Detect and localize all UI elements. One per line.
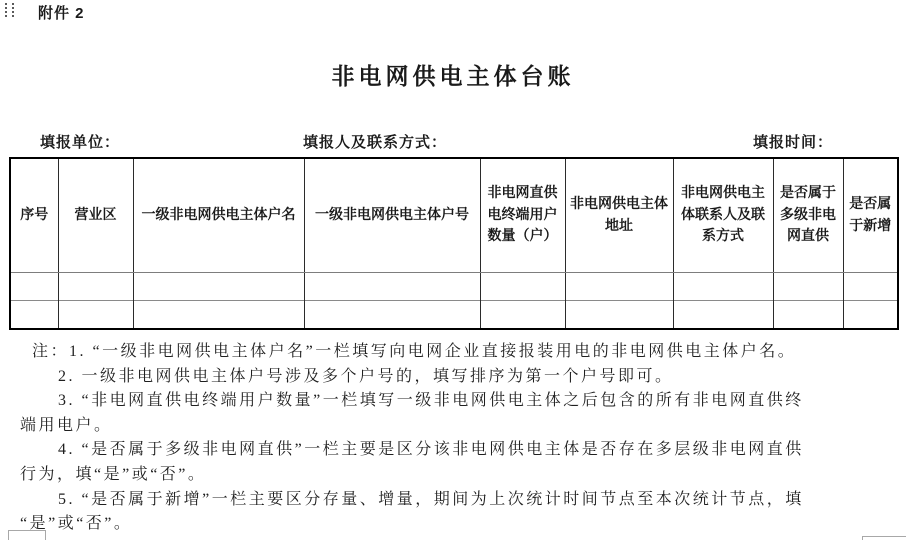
note-line-3-continuation: 端用电户。 [20, 414, 896, 439]
table-cell[interactable] [773, 301, 843, 330]
table-cell[interactable] [565, 273, 673, 301]
note-line-4-continuation: 行为，填“是”或“否”。 [20, 463, 896, 488]
table-cell[interactable] [58, 273, 133, 301]
column-header-business-area: 营业区 [58, 158, 133, 273]
note-line-5: 5. “是否属于新增”一栏主要区分存量、增量，期间为上次统计时间节点至本次统计节… [20, 488, 896, 513]
table-cell[interactable] [673, 301, 773, 330]
table-cell[interactable] [304, 301, 480, 330]
note-line-3: 3. “非电网直供电终端用户数量”一栏填写一级非电网供电主体之后包含的所有非电网… [20, 389, 896, 414]
page-title: 非电网供电主体台账 [0, 58, 906, 91]
column-header-entity-address: 非电网供电主体地址 [565, 158, 673, 273]
table-cell[interactable] [58, 301, 133, 330]
column-header-terminal-user-count: 非电网直供电终端用户数量（户） [480, 158, 565, 273]
note-line-4: 4. “是否属于多级非电网直供”一栏主要是区分该非电网供电主体是否存在多层级非电… [20, 438, 896, 463]
table-row [10, 301, 898, 330]
cutoff-box-right [862, 536, 906, 540]
form-header-row: 填报单位： 填报人及联系方式： 填报时间： [0, 131, 906, 153]
table-cell[interactable] [673, 273, 773, 301]
note-line-1: 注：1. “一级非电网供电主体户名”一栏填写向电网企业直接报装用电的非电网供电主… [20, 340, 896, 365]
reporter-contact-label: 填报人及联系方式： [303, 131, 447, 152]
note-line-5-continuation: “是”或“否”。 [20, 512, 896, 537]
table-cell[interactable] [10, 273, 58, 301]
report-unit-label: 填报单位： [40, 131, 120, 152]
notes-section: 注：1. “一级非电网供电主体户名”一栏填写向电网企业直接报装用电的非电网供电主… [20, 340, 896, 537]
table-cell[interactable] [843, 273, 898, 301]
drag-handle-icon[interactable] [5, 3, 17, 17]
column-header-entity-account: 一级非电网供电主体户号 [304, 158, 480, 273]
column-header-is-new: 是否属于新增 [843, 158, 898, 273]
table-cell[interactable] [133, 273, 304, 301]
table-cell[interactable] [133, 301, 304, 330]
cutoff-box-left [8, 530, 46, 540]
table-cell[interactable] [480, 301, 565, 330]
table-cell[interactable] [843, 301, 898, 330]
column-header-contact-info: 非电网供电主体联系人及联系方式 [673, 158, 773, 273]
ledger-table: 序号 营业区 一级非电网供电主体户名 一级非电网供电主体户号 非电网直供电终端用… [9, 157, 899, 330]
table-cell[interactable] [565, 301, 673, 330]
note-line-2: 2. 一级非电网供电主体户号涉及多个户号的，填写排序为第一个户号即可。 [20, 365, 896, 390]
table-header-row: 序号 营业区 一级非电网供电主体户名 一级非电网供电主体户号 非电网直供电终端用… [10, 158, 898, 273]
attachment-label: 附件 2 [38, 2, 85, 23]
column-header-entity-name: 一级非电网供电主体户名 [133, 158, 304, 273]
table-row [10, 273, 898, 301]
table-cell[interactable] [10, 301, 58, 330]
column-header-serial: 序号 [10, 158, 58, 273]
table-cell[interactable] [773, 273, 843, 301]
column-header-multilevel-direct-supply: 是否属于多级非电网直供 [773, 158, 843, 273]
report-time-label: 填报时间： [753, 131, 833, 152]
table-cell[interactable] [304, 273, 480, 301]
table-cell[interactable] [480, 273, 565, 301]
